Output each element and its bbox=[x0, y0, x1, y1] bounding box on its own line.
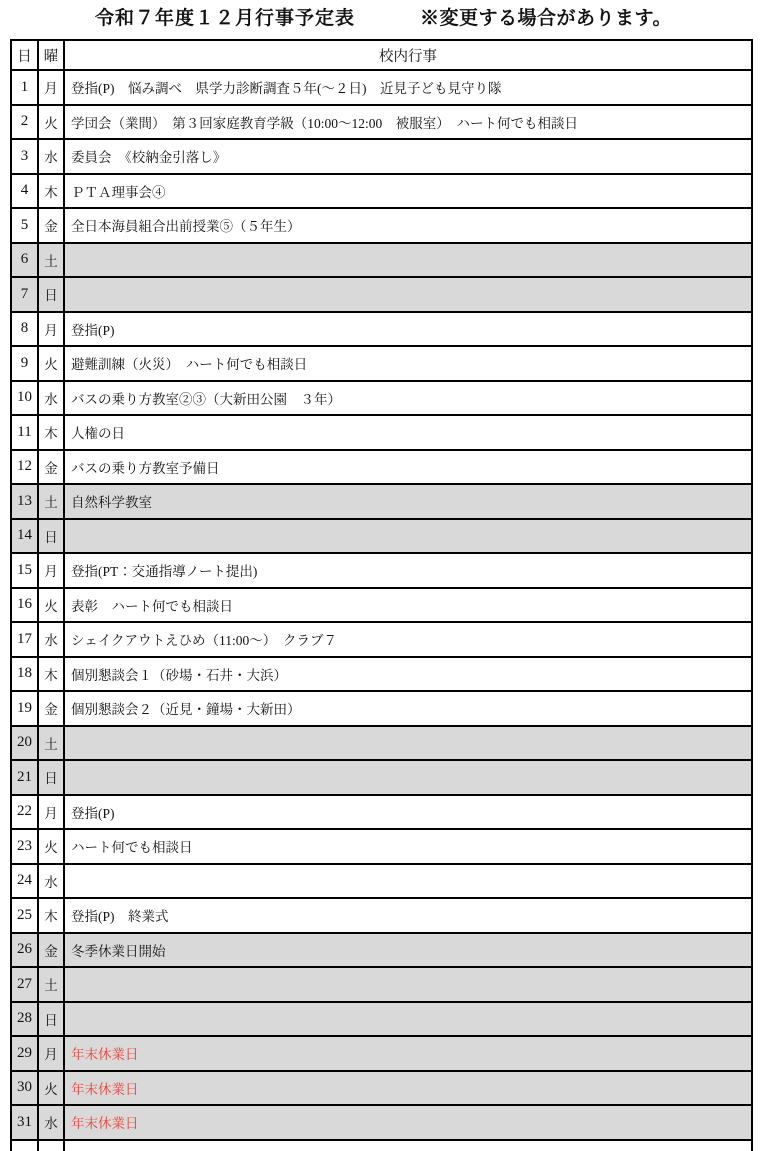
day-number: 26 bbox=[12, 934, 39, 967]
day-number: 19 bbox=[12, 692, 39, 725]
event-text: 避難訓練（火災） ハート何でも相談日 bbox=[65, 347, 751, 380]
day-number: 3 bbox=[12, 140, 39, 173]
day-number: 8 bbox=[12, 313, 39, 346]
event-text: バスの乗り方教室②③（大新田公園 ３年） bbox=[65, 382, 751, 415]
weekday-label: 火 bbox=[39, 830, 65, 863]
calendar-row: 11 木 人権の日 bbox=[12, 416, 751, 451]
day-number: 12 bbox=[12, 451, 39, 484]
event-text bbox=[65, 520, 751, 553]
header-events: 校内行事 bbox=[65, 41, 751, 69]
calendar-row: 9 火 避難訓練（火災） ハート何でも相談日 bbox=[12, 347, 751, 382]
weekday-label: 金 bbox=[39, 451, 65, 484]
calendar-row: 24 水 bbox=[12, 865, 751, 900]
day-number: 4 bbox=[12, 175, 39, 208]
day-number: 30 bbox=[12, 1072, 39, 1105]
day-number: 21 bbox=[12, 761, 39, 794]
calendar-row: 22 月 登指(P) bbox=[12, 796, 751, 831]
event-text: 年末休業日 bbox=[65, 1106, 751, 1139]
weekday-label: 土 bbox=[39, 485, 65, 518]
weekday-label: 金 bbox=[39, 934, 65, 967]
day-number: 11 bbox=[12, 416, 39, 449]
event-text: 自然科学教室 bbox=[65, 485, 751, 518]
weekday-label: 木 bbox=[39, 416, 65, 449]
day-number: 27 bbox=[12, 968, 39, 1001]
weekday-label: 日 bbox=[39, 1003, 65, 1036]
event-text: ＰＴＡ理事会④ bbox=[65, 175, 751, 208]
header-day: 日 bbox=[12, 41, 39, 69]
day-number: 14 bbox=[12, 520, 39, 553]
event-text: 登指(P) 終業式 bbox=[65, 899, 751, 932]
weekday-label: 日 bbox=[39, 761, 65, 794]
event-text: 表彰 ハート何でも相談日 bbox=[65, 589, 751, 622]
day-number: 23 bbox=[12, 830, 39, 863]
calendar-row: 30 火 年末休業日 bbox=[12, 1072, 751, 1107]
calendar-row: 13 土 自然科学教室 bbox=[12, 485, 751, 520]
day-number: 25 bbox=[12, 899, 39, 932]
event-text: 人権の日 bbox=[65, 416, 751, 449]
day-number: 9 bbox=[12, 347, 39, 380]
event-text: 全日本海員組合出前授業⑤（５年生） bbox=[65, 209, 751, 242]
day-number: 6 bbox=[12, 244, 39, 277]
calendar-row: 2 火 学団会（業間） 第３回家庭教育学級（10:00～12:00 被服室） ハ… bbox=[12, 106, 751, 141]
day-number: 18 bbox=[12, 658, 39, 691]
table-header-row: 日 曜 校内行事 bbox=[12, 41, 751, 71]
day-number: 22 bbox=[12, 796, 39, 829]
calendar-row: 29 月 年末休業日 bbox=[12, 1037, 751, 1072]
calendar-row: 31 水 年末休業日 bbox=[12, 1106, 751, 1141]
calendar-row: 17 水 シェイクアウトえひめ（11:00～） クラブ７ bbox=[12, 623, 751, 658]
calendar-row: 4 木 ＰＴＡ理事会④ bbox=[12, 175, 751, 210]
weekday-label: 水 bbox=[39, 623, 65, 656]
event-text: 冬季休業日開始 bbox=[65, 934, 751, 967]
calendar-row: 3 水 委員会 《校納金引落し》 bbox=[12, 140, 751, 175]
event-text bbox=[65, 1003, 751, 1036]
day-number: 20 bbox=[12, 727, 39, 760]
event-text: バスの乗り方教室予備日 bbox=[65, 451, 751, 484]
weekday-label: 火 bbox=[39, 589, 65, 622]
weekday-label: 月 bbox=[39, 1037, 65, 1070]
day-number: 28 bbox=[12, 1003, 39, 1036]
weekday-label: 金 bbox=[39, 692, 65, 725]
day-number: 31 bbox=[12, 1106, 39, 1139]
partial-event-cell bbox=[65, 1141, 751, 1151]
header-weekday: 曜 bbox=[39, 41, 65, 69]
weekday-label: 月 bbox=[39, 71, 65, 104]
event-text: 登指(PT：交通指導ノート提出) bbox=[65, 554, 751, 587]
partial-day-cell bbox=[12, 1141, 39, 1151]
weekday-label: 水 bbox=[39, 1106, 65, 1139]
day-number: 1 bbox=[12, 71, 39, 104]
event-text bbox=[65, 244, 751, 277]
calendar-row: 18 木 個別懇談会１（砂場・石井・大浜） bbox=[12, 658, 751, 693]
calendar-row: 20 土 bbox=[12, 727, 751, 762]
calendar-row: 28 日 bbox=[12, 1003, 751, 1038]
weekday-label: 木 bbox=[39, 899, 65, 932]
event-text: 年末休業日 bbox=[65, 1037, 751, 1070]
day-number: 29 bbox=[12, 1037, 39, 1070]
weekday-label: 土 bbox=[39, 727, 65, 760]
event-text bbox=[65, 865, 751, 898]
calendar-row: 12 金 バスの乗り方教室予備日 bbox=[12, 451, 751, 486]
weekday-label: 日 bbox=[39, 520, 65, 553]
weekday-label: 月 bbox=[39, 554, 65, 587]
event-text bbox=[65, 727, 751, 760]
day-number: 7 bbox=[12, 278, 39, 311]
day-number: 24 bbox=[12, 865, 39, 898]
weekday-label: 火 bbox=[39, 106, 65, 139]
day-number: 10 bbox=[12, 382, 39, 415]
calendar-row: 7 日 bbox=[12, 278, 751, 313]
calendar-row: 19 金 個別懇談会２（近見・鐘場・大新田） bbox=[12, 692, 751, 727]
event-text: 学団会（業間） 第３回家庭教育学級（10:00～12:00 被服室） ハート何で… bbox=[65, 106, 751, 139]
calendar-row: 14 日 bbox=[12, 520, 751, 555]
calendar-row: 25 木 登指(P) 終業式 bbox=[12, 899, 751, 934]
event-text: 登指(P) bbox=[65, 796, 751, 829]
weekday-label: 水 bbox=[39, 865, 65, 898]
weekday-label: 木 bbox=[39, 658, 65, 691]
event-text bbox=[65, 761, 751, 794]
weekday-label: 火 bbox=[39, 347, 65, 380]
calendar-row: 16 火 表彰 ハート何でも相談日 bbox=[12, 589, 751, 624]
day-number: 5 bbox=[12, 209, 39, 242]
page-title: 令和７年度１２月行事予定表 bbox=[95, 3, 355, 30]
day-number: 2 bbox=[12, 106, 39, 139]
partial-weekday-cell bbox=[39, 1141, 65, 1151]
event-text: 年末休業日 bbox=[65, 1072, 751, 1105]
weekday-label: 水 bbox=[39, 382, 65, 415]
event-text bbox=[65, 278, 751, 311]
day-number: 16 bbox=[12, 589, 39, 622]
event-text: シェイクアウトえひめ（11:00～） クラブ７ bbox=[65, 623, 751, 656]
calendar-table: 日 曜 校内行事 1 月 登指(P) 悩み調べ 県学力診断調査５年(～２日) 近… bbox=[10, 39, 753, 1151]
event-text: 委員会 《校納金引落し》 bbox=[65, 140, 751, 173]
day-number: 15 bbox=[12, 554, 39, 587]
event-text bbox=[65, 968, 751, 1001]
event-text: 登指(P) bbox=[65, 313, 751, 346]
weekday-label: 水 bbox=[39, 140, 65, 173]
calendar-row: 26 金 冬季休業日開始 bbox=[12, 934, 751, 969]
rows-container: 1 月 登指(P) 悩み調べ 県学力診断調査５年(～２日) 近見子ども見守り隊 … bbox=[12, 71, 751, 1141]
weekday-label: 木 bbox=[39, 175, 65, 208]
weekday-label: 日 bbox=[39, 278, 65, 311]
weekday-label: 金 bbox=[39, 209, 65, 242]
calendar-row: 8 月 登指(P) bbox=[12, 313, 751, 348]
day-number: 17 bbox=[12, 623, 39, 656]
calendar-row: 1 月 登指(P) 悩み調べ 県学力診断調査５年(～２日) 近見子ども見守り隊 bbox=[12, 71, 751, 106]
calendar-row: 15 月 登指(PT：交通指導ノート提出) bbox=[12, 554, 751, 589]
calendar-row: 23 火 ハート何でも相談日 bbox=[12, 830, 751, 865]
event-text: 個別懇談会２（近見・鐘場・大新田） bbox=[65, 692, 751, 725]
calendar-row: 5 金 全日本海員組合出前授業⑤（５年生） bbox=[12, 209, 751, 244]
event-text: 個別懇談会１（砂場・石井・大浜） bbox=[65, 658, 751, 691]
weekday-label: 月 bbox=[39, 313, 65, 346]
event-text: ハート何でも相談日 bbox=[65, 830, 751, 863]
weekday-label: 土 bbox=[39, 244, 65, 277]
weekday-label: 火 bbox=[39, 1072, 65, 1105]
calendar-row: 6 土 bbox=[12, 244, 751, 279]
weekday-label: 月 bbox=[39, 796, 65, 829]
partial-next-row bbox=[12, 1141, 751, 1151]
event-text: 登指(P) 悩み調べ 県学力診断調査５年(～２日) 近見子ども見守り隊 bbox=[65, 71, 751, 104]
weekday-label: 土 bbox=[39, 968, 65, 1001]
change-notice: ※変更する場合があります。 bbox=[420, 3, 672, 30]
day-number: 13 bbox=[12, 485, 39, 518]
title-bar: 令和７年度１２月行事予定表 ※変更する場合があります。 bbox=[0, 0, 768, 38]
calendar-row: 27 土 bbox=[12, 968, 751, 1003]
calendar-row: 21 日 bbox=[12, 761, 751, 796]
calendar-row: 10 水 バスの乗り方教室②③（大新田公園 ３年） bbox=[12, 382, 751, 417]
